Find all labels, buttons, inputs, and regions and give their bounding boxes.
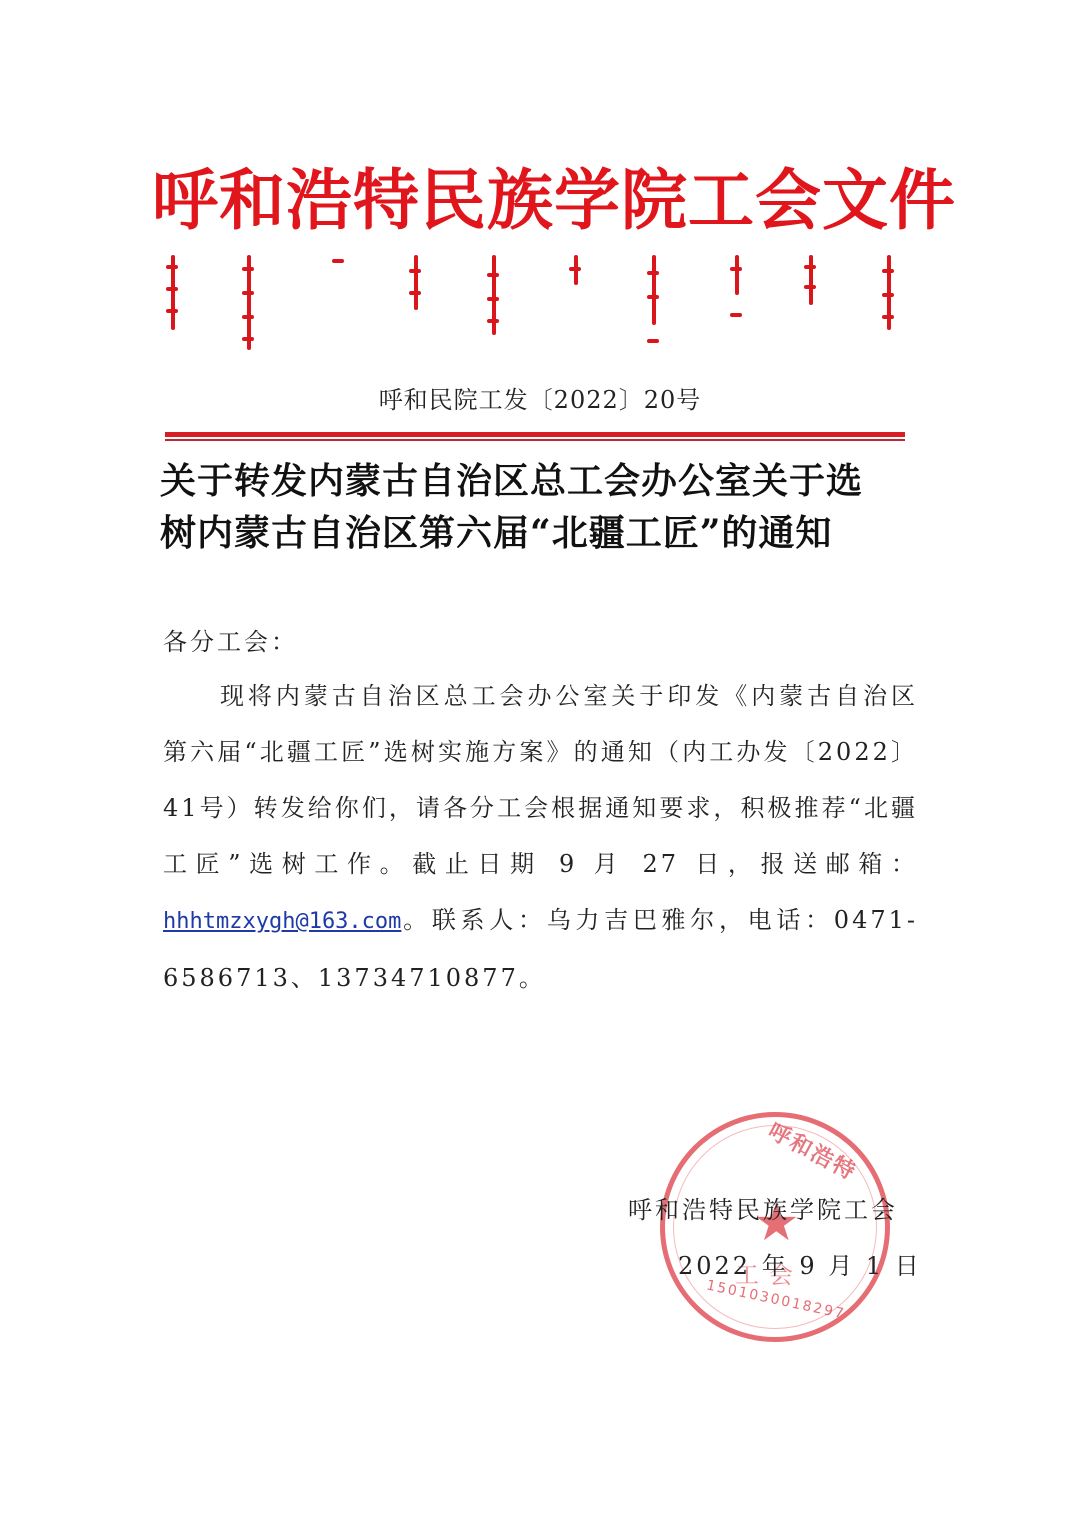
- mongolian-word: [328, 255, 350, 267]
- mongolian-word: [405, 255, 427, 310]
- document-title: 关于转发内蒙古自治区总工会办公室关于选 树内蒙古自治区第六届“北疆工匠”的通知: [160, 455, 920, 559]
- signature-date: 2022 年 9 月 1 日: [678, 1246, 922, 1281]
- document-title-line-1: 关于转发内蒙古自治区总工会办公室关于选: [160, 455, 920, 507]
- mongolian-word: [800, 255, 822, 305]
- mongolian-word: [726, 255, 748, 325]
- salutation: 各分工会：: [163, 622, 298, 657]
- email-link[interactable]: hhhtmzxygh@163.com: [163, 909, 401, 934]
- mongolian-word: [878, 255, 900, 330]
- document-title-line-2: 树内蒙古自治区第六届“北疆工匠”的通知: [160, 507, 920, 559]
- signature-organization: 呼和浩特民族学院工会: [628, 1190, 898, 1225]
- document-number: 呼和民院工发〔2022〕20号: [0, 380, 1080, 415]
- mongolian-word: [238, 255, 260, 350]
- header-divider-thin: [165, 439, 905, 441]
- mongolian-word: [162, 255, 184, 330]
- mongolian-word: [643, 255, 665, 350]
- mongolian-script-title: [150, 255, 910, 360]
- official-seal: 呼和浩特 ★ 工会 1501030018297: [660, 1112, 890, 1342]
- body-paragraph: 现将内蒙古自治区总工会办公室关于印发《内蒙古自治区第六届“北疆工匠”选树实施方案…: [163, 668, 918, 1006]
- body-text-part-1: 现将内蒙古自治区总工会办公室关于印发《内蒙古自治区第六届“北疆工匠”选树实施方案…: [163, 682, 918, 878]
- mongolian-word: [565, 255, 587, 285]
- header-divider: [165, 432, 905, 437]
- mongolian-word: [483, 255, 505, 335]
- letterhead-title: 呼和浩特民族学院工会文件: [152, 160, 922, 240]
